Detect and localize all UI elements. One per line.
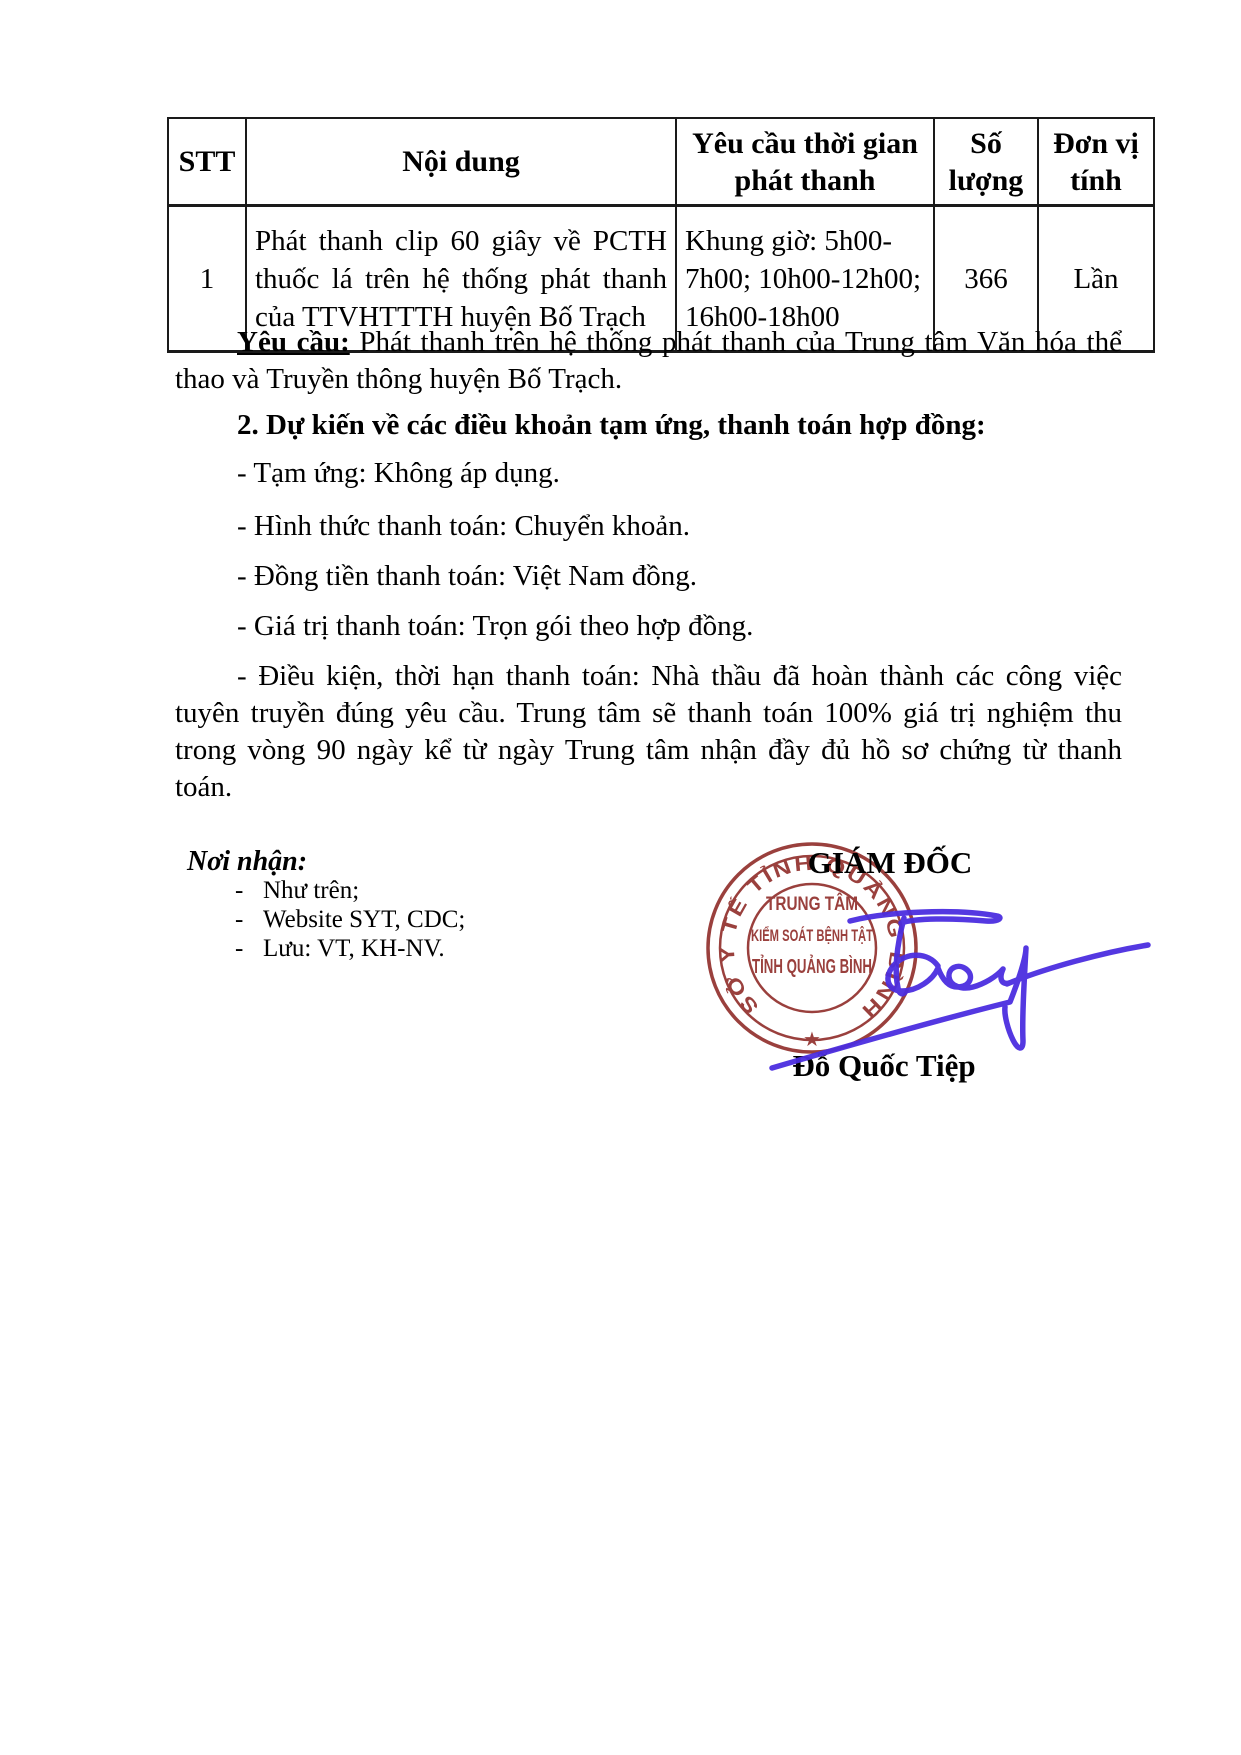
noi-nhan-label: Nơi nhận: [187, 846, 307, 878]
yeu-cau-label: Yêu cầu: [237, 326, 350, 358]
item-tam-ung: - Tạm ứng: Không áp dụng. [175, 455, 1122, 492]
document-page: STT Nội dung Yêu cầu thời gian phát than… [0, 0, 1241, 1755]
noi-nhan-item: - Lưu: VT, KH-NV. [235, 934, 465, 963]
signature-stroke-bar [850, 912, 1000, 923]
noi-nhan-list: - Như trên; - Website SYT, CDC; - Lưu: V… [235, 876, 465, 963]
signer-title: GIÁM ĐỐC [690, 846, 1090, 880]
header-don-vi-tinh: Đơn vị tính [1038, 118, 1154, 206]
item-dong-tien: - Đồng tiền thanh toán: Việt Nam đồng. [175, 558, 1122, 595]
list-dash: - [235, 905, 263, 934]
signature-stroke-loops [888, 955, 1009, 991]
noi-nhan-item-text: Lưu: VT, KH-NV. [263, 934, 445, 963]
broadcast-plan-table: STT Nội dung Yêu cầu thời gian phát than… [167, 117, 1155, 353]
header-yeu-cau-thoi-gian: Yêu cầu thời gian phát thanh [676, 118, 934, 206]
header-so-luong: Số lượng [934, 118, 1038, 206]
section2-heading: 2. Dự kiến về các điều khoản tạm ứng, th… [175, 407, 1122, 444]
signature-stroke-tail [772, 948, 1026, 1068]
noi-nhan-item: - Như trên; [235, 876, 465, 905]
list-dash: - [235, 934, 263, 963]
noi-nhan-item-text: Website SYT, CDC; [263, 905, 465, 934]
paragraph-yeu-cau: Yêu cầu: Phát thanh trên hệ thống phát t… [175, 324, 1122, 398]
noi-nhan-item-text: Như trên; [263, 876, 359, 905]
item-gia-tri: - Giá trị thanh toán: Trọn gói theo hợp … [175, 608, 1122, 645]
paragraph-dieu-kien: - Điều kiện, thời hạn thanh toán: Nhà th… [175, 658, 1122, 806]
header-stt: STT [168, 118, 246, 206]
table-header-row: STT Nội dung Yêu cầu thời gian phát than… [168, 118, 1154, 206]
noi-nhan-item: - Website SYT, CDC; [235, 905, 465, 934]
list-dash: - [235, 876, 263, 905]
header-noi-dung: Nội dung [246, 118, 676, 206]
handwritten-signature [755, 890, 1165, 1090]
item-hinh-thuc: - Hình thức thanh toán: Chuyển khoản. [175, 508, 1122, 545]
